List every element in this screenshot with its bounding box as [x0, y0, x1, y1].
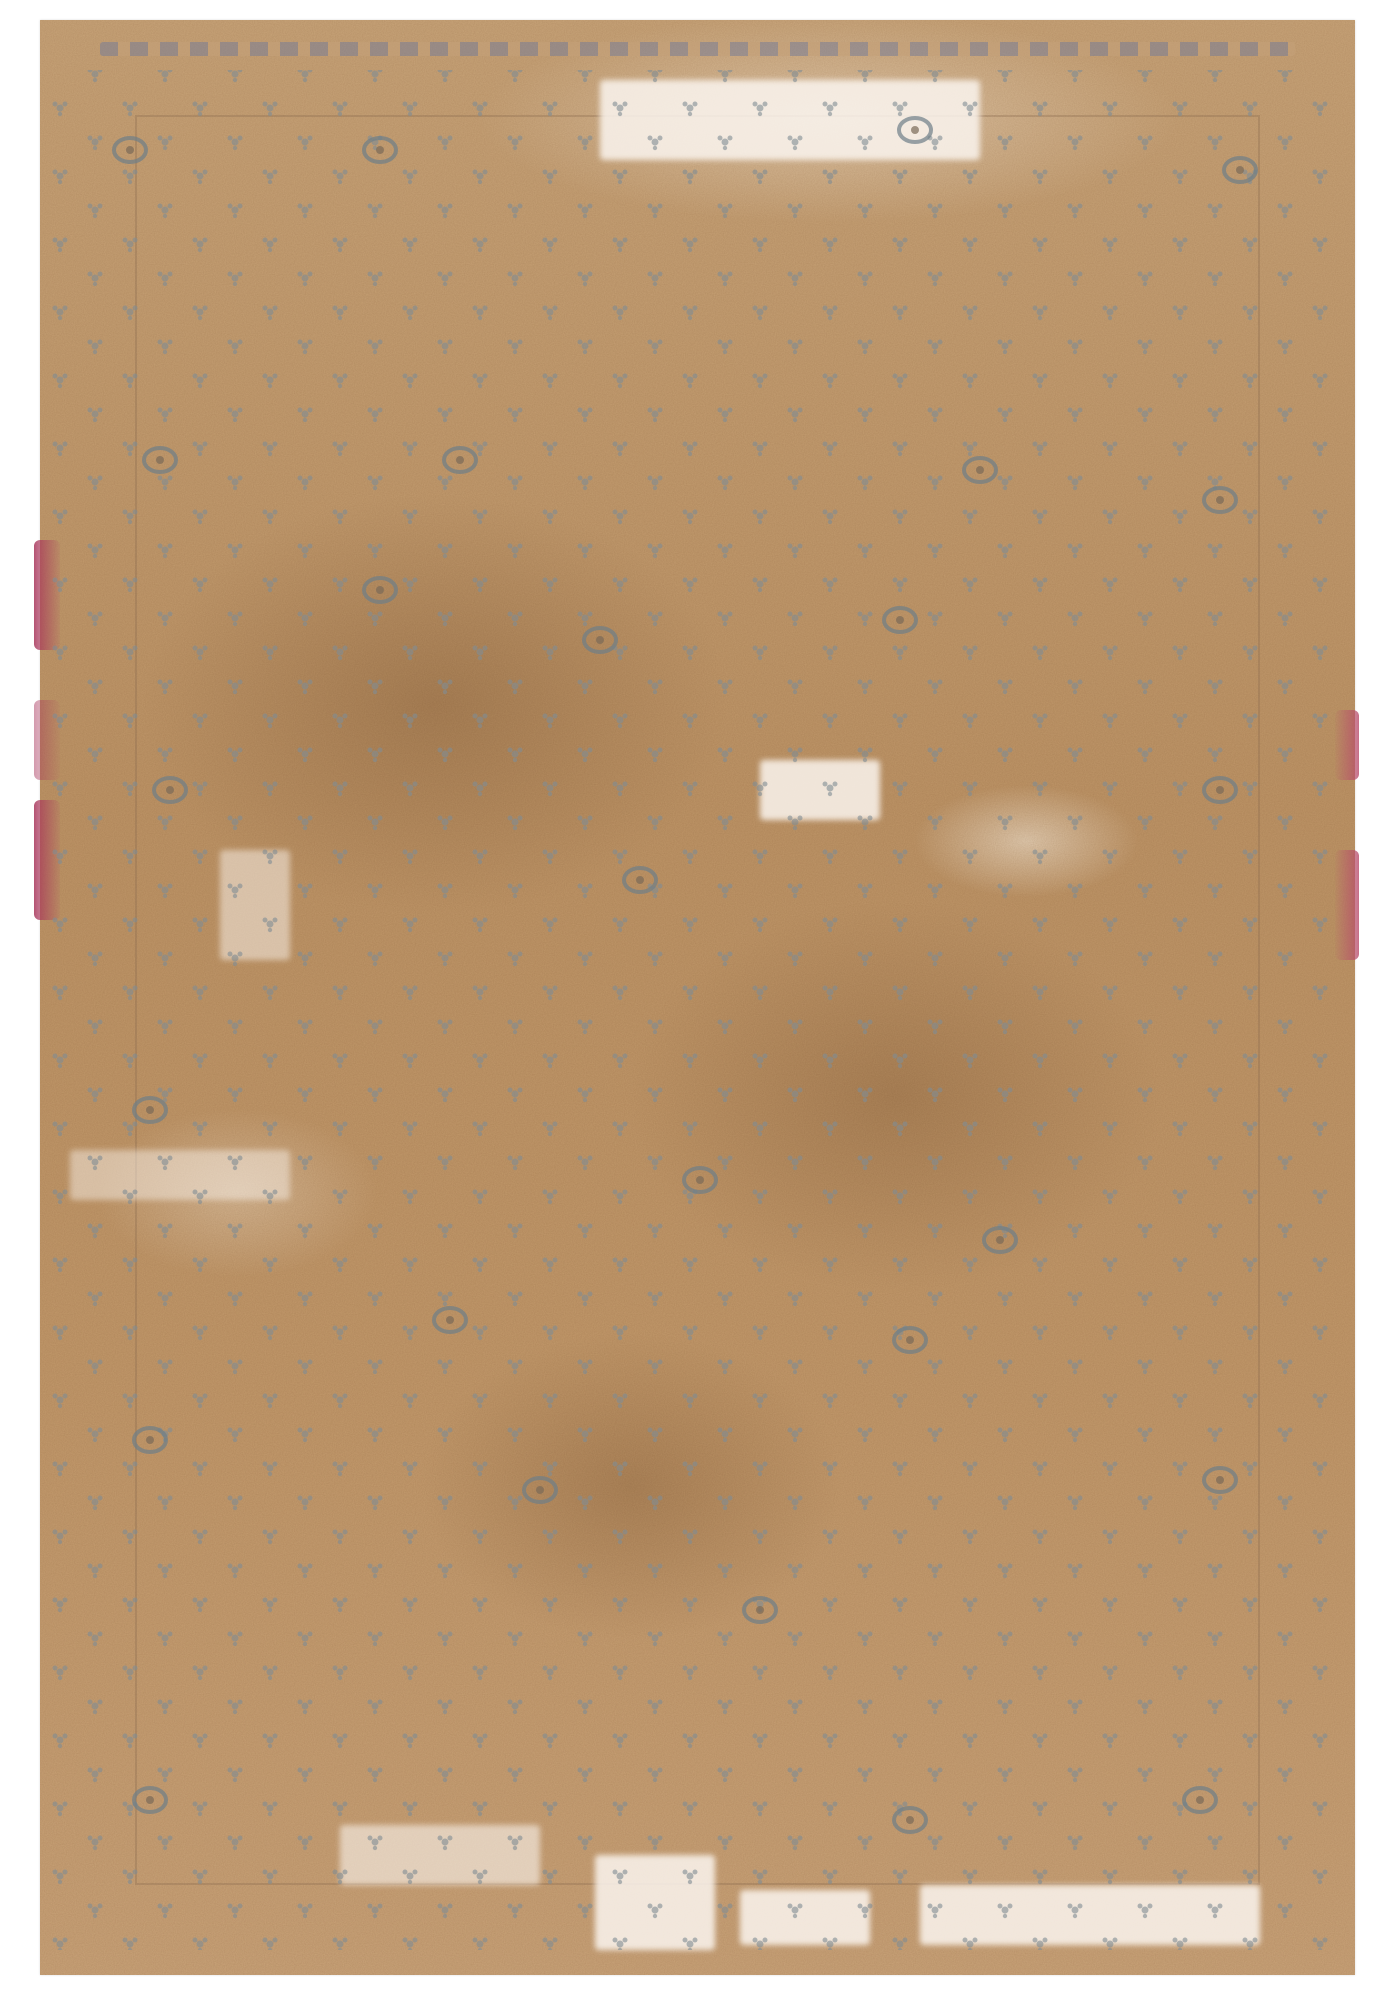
rug [40, 20, 1355, 1975]
motif-pattern [40, 20, 1355, 1975]
